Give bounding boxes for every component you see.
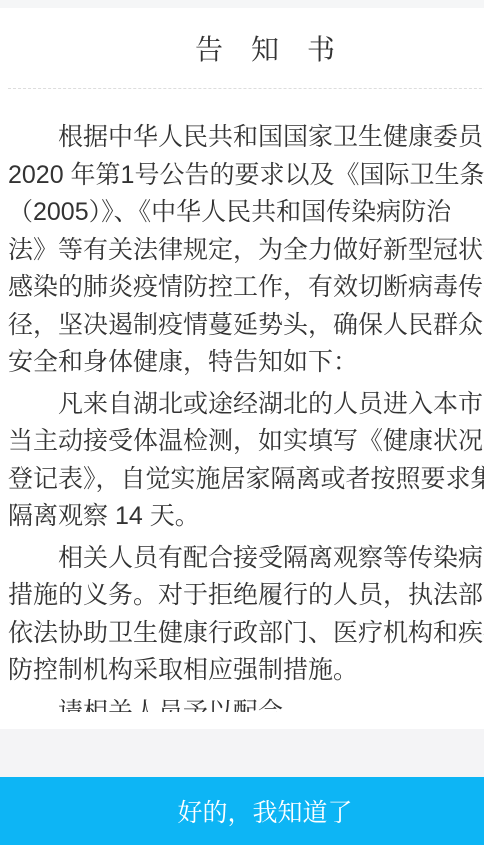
confirm-button[interactable]: 好的，我知道了	[0, 777, 484, 845]
notice-line: 措施的义务。对于拒绝履行的人员，执法部门	[8, 577, 484, 615]
notice-line: 感染的肺炎疫情防控工作，有效切断病毒传播途	[8, 269, 484, 307]
notice-line: 径，坚决遏制疫情蔓延势头，确保人民群众生命	[8, 307, 484, 345]
notice-line: 安全和身体健康，特告知如下：	[8, 344, 484, 382]
top-strip	[0, 0, 484, 8]
notice-line: （2005）》、《中华人民共和国传染病防治	[8, 194, 484, 232]
notice-line: 根据中华人民共和国国家卫生健康委员会	[8, 119, 484, 157]
notice-document: 告 知 书 根据中华人民共和国国家卫生健康委员会 2020 年第1号公告的要求以…	[0, 0, 484, 845]
notice-line: 凡来自湖北或途经湖北的人员进入本市时应	[8, 386, 484, 424]
notice-line: 隔离观察 14 天。	[8, 498, 484, 536]
notice-line: 当主动接受体温检测，如实填写《健康状况信息	[8, 423, 484, 461]
notice-line: 法》等有关法律规定，为全力做好新型冠状病毒	[8, 232, 484, 270]
notice-body[interactable]: 根据中华人民共和国国家卫生健康委员会 2020 年第1号公告的要求以及《国际卫生…	[0, 89, 484, 712]
notice-line: 2020 年第1号公告的要求以及《国际卫生条例	[8, 157, 484, 195]
notice-page: 告 知 书 根据中华人民共和国国家卫生健康委员会 2020 年第1号公告的要求以…	[0, 0, 484, 845]
title-bar: 告 知 书	[0, 8, 484, 88]
notice-line: 登记表》，自觉实施居家隔离或者按照要求集中	[8, 461, 484, 499]
page-title: 告 知 书	[195, 28, 335, 68]
notice-line: 请相关人员予以配合	[8, 694, 484, 713]
notice-line: 依法协助卫生健康行政部门、医疗机构和疾病预	[8, 615, 484, 653]
notice-line: 防控制机构采取相应强制措施。	[8, 652, 484, 690]
notice-line: 相关人员有配合接受隔离观察等传染病防控	[8, 540, 484, 578]
content-bottom-spacer	[0, 712, 484, 729]
footer-strip	[0, 729, 484, 777]
